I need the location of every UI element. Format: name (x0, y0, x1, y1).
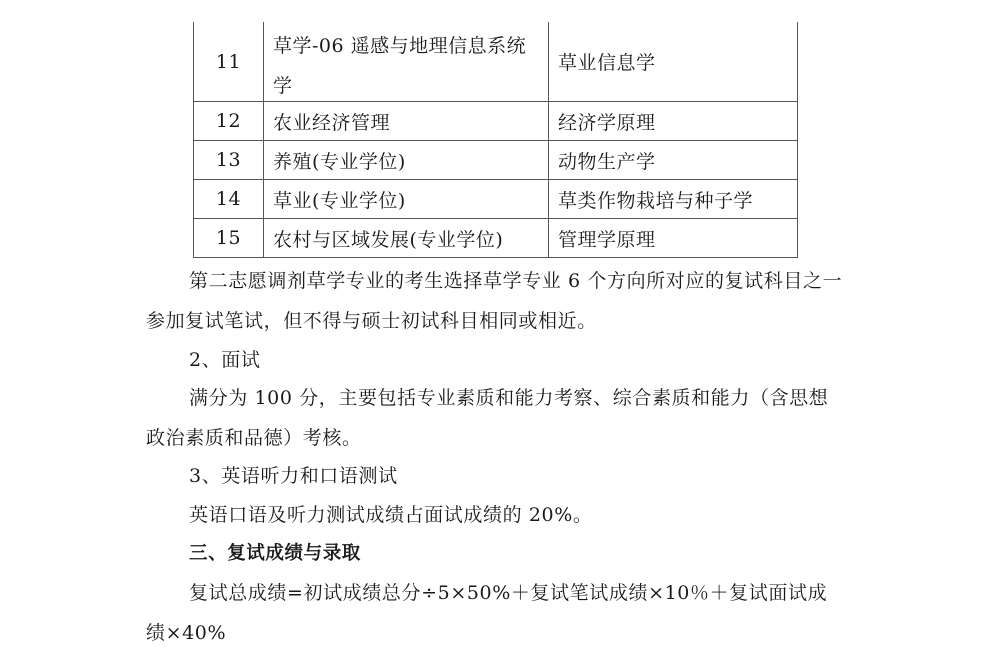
interview-heading: 2、面试 (146, 340, 846, 380)
major-name: 草业(专业学位) (264, 180, 549, 218)
interview-paragraph: 满分为 100 分，主要包括专业素质和能力考察、综合素质和能力（含思想政治素质和… (146, 378, 846, 458)
major-name: 养殖(专业学位) (264, 141, 549, 179)
row-number: 11 (194, 22, 264, 101)
retest-subjects-table: 11 草学-06 遥感与地理信息系统学 草业信息学 12 农业经济管理 经济学原… (193, 22, 798, 258)
table-row: 15 农村与区域发展(专业学位) 管理学原理 (194, 218, 797, 257)
document-page: 11 草学-06 遥感与地理信息系统学 草业信息学 12 农业经济管理 经济学原… (0, 0, 989, 647)
retest-subject: 动物生产学 (549, 141, 797, 179)
major-name: 草学-06 遥感与地理信息系统学 (264, 22, 549, 101)
row-number: 12 (194, 102, 264, 140)
row-number: 14 (194, 180, 264, 218)
table-row: 14 草业(专业学位) 草类作物栽培与种子学 (194, 179, 797, 218)
retest-subject: 草类作物栽培与种子学 (549, 180, 797, 218)
major-name: 农村与区域发展(专业学位) (264, 219, 549, 257)
retest-subject: 草业信息学 (549, 22, 797, 101)
english-test-paragraph: 英语口语及听力测试成绩占面试成绩的 20%。 (146, 495, 846, 535)
retest-subject: 经济学原理 (549, 102, 797, 140)
english-test-heading: 3、英语听力和口语测试 (146, 456, 846, 496)
row-number: 13 (194, 141, 264, 179)
row-number: 15 (194, 219, 264, 257)
table-row: 11 草学-06 遥感与地理信息系统学 草业信息学 (194, 22, 797, 101)
score-formula-paragraph: 复试总成绩=初试成绩总分÷5×50%＋复试笔试成绩×10％＋复试面试成绩×40% (146, 573, 846, 647)
table-row: 13 养殖(专业学位) 动物生产学 (194, 140, 797, 179)
retest-subject: 管理学原理 (549, 219, 797, 257)
second-choice-paragraph: 第二志愿调剂草学专业的考生选择草学专业 6 个方向所对应的复试科目之一参加复试笔… (146, 261, 846, 341)
major-name: 农业经济管理 (264, 102, 549, 140)
section-three-heading: 三、复试成绩与录取 (146, 534, 846, 574)
table-row: 12 农业经济管理 经济学原理 (194, 101, 797, 140)
